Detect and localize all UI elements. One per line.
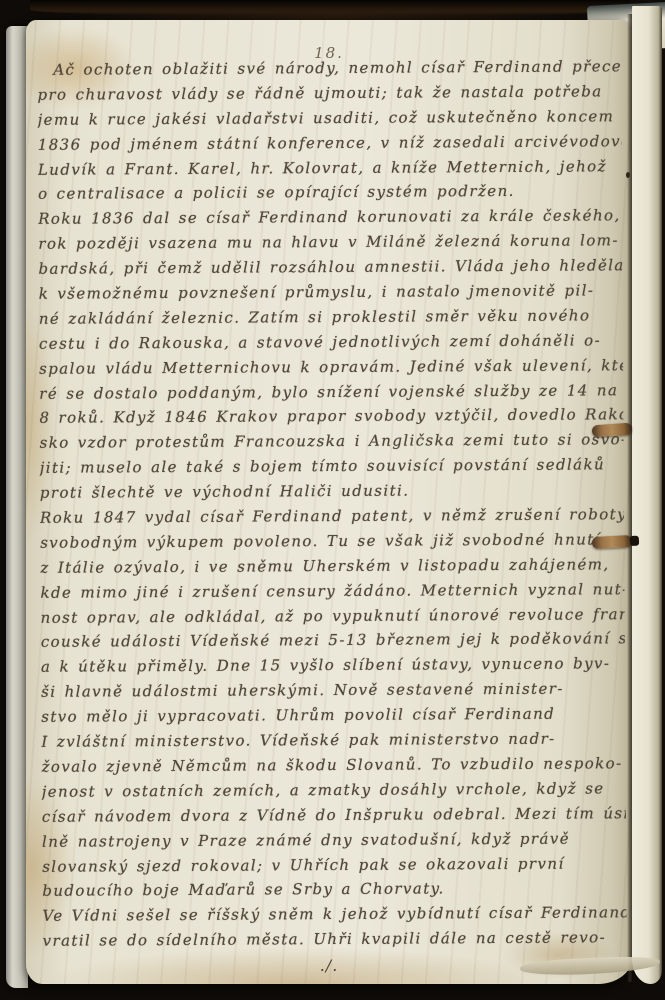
- next-page-edge: [632, 6, 662, 984]
- page-block-edge: [6, 26, 28, 988]
- text-line: císař návodem dvora z Vídně do Inšpruku …: [42, 801, 626, 829]
- text-line: proti šlechtě ve východní Haliči udusiti…: [40, 477, 624, 505]
- text-line: o centralisace a policii se opírající sy…: [38, 179, 622, 207]
- manuscript-text: Ač ochoten oblažiti své národy, nemohl c…: [37, 54, 627, 970]
- text-line: k všemožnému povznešení průmyslu, i nast…: [39, 278, 623, 306]
- text-line: Roku 1847 vydal císař Ferdinand patent, …: [40, 502, 624, 530]
- text-line: spalou vládu Metternichovu k opravám. Je…: [39, 353, 623, 381]
- text-line: lně nastrojeny v Praze známé dny svatodu…: [42, 826, 626, 854]
- text-line: jiti; muselo ale také s bojem tímto souv…: [40, 452, 624, 480]
- text-line: jenost v ostatních zemích, a zmatky dosá…: [42, 776, 626, 804]
- text-line: slovanský sjezd rokoval; v Uhřích pak se…: [42, 851, 626, 879]
- text-line: 1836 pod jménem státní konference, v níž…: [38, 129, 622, 157]
- text-line: cestu i do Rakouska, a stavové jednotliv…: [39, 328, 623, 356]
- text-line: ré se dostalo poddaným, bylo snížení voj…: [39, 378, 623, 406]
- text-line: 8 roků. Když 1846 Krakov prapor svobody …: [39, 403, 623, 431]
- photo-background: 18. Ač ochoten oblažiti své národy, nemo…: [0, 0, 665, 1000]
- text-line: couské události Vídeňské mezi 5-13 březn…: [41, 627, 625, 655]
- text-line: pro churavost vlády se řádně ujmouti; ta…: [37, 79, 621, 107]
- text-line: Ludvík a Frant. Karel, hr. Kolovrat, a k…: [38, 154, 622, 182]
- text-line: sko vzdor protestům Francouzska i Anglič…: [40, 428, 624, 456]
- book-spine-top: [30, 0, 630, 16]
- text-line: bardská, při čemž udělil rozsáhlou amnes…: [38, 253, 622, 281]
- text-line: svobodným výkupem povoleno. Tu se však j…: [40, 527, 624, 555]
- gutter-fold: [627, 14, 632, 982]
- text-line: Ač ochoten oblažiti své národy, nemohl c…: [37, 54, 621, 82]
- text-line: rok později vsazena mu na hlavu v Miláně…: [38, 228, 622, 256]
- manuscript-page: 18. Ač ochoten oblažiti své národy, nemo…: [26, 20, 632, 984]
- text-line: I zvláštní ministerstvo. Vídeňské pak mi…: [41, 726, 625, 754]
- binding-stitch: [592, 535, 633, 549]
- text-line: z Itálie ozývalo, i ve sněmu Uherském v …: [40, 552, 624, 580]
- text-line: jemu k ruce jakési vladařstvi usaditi, c…: [38, 104, 622, 132]
- text-line: nost oprav, ale odkládal, až po vypuknut…: [41, 602, 625, 630]
- text-line: Ve Vídni sešel se říšský sněm k jehož vy…: [42, 900, 626, 928]
- text-line: žovalo zjevně Němcům na škodu Slovanů. T…: [41, 751, 625, 779]
- ink-speck: [626, 172, 630, 178]
- text-line: ši hlavně událostmi uherskými. Nově sest…: [41, 676, 625, 704]
- text-line: kde mimo jiné i zrušení censury žádáno. …: [40, 577, 624, 605]
- text-line: stvo mělo ji vypracovati. Uhrům povolil …: [41, 701, 625, 729]
- text-line: a k útěku přiměly. Dne 15 vyšlo slíbení …: [41, 652, 625, 680]
- text-line: Roku 1836 dal se císař Ferdinand korunov…: [38, 204, 622, 232]
- text-line: né zakládání železnic. Zatím si proklest…: [39, 303, 623, 331]
- text-line: vratil se do sídelního města. Uhři kvapi…: [43, 925, 627, 953]
- text-line: budoucího boje Maďarů se Srby a Chorvaty…: [42, 876, 626, 904]
